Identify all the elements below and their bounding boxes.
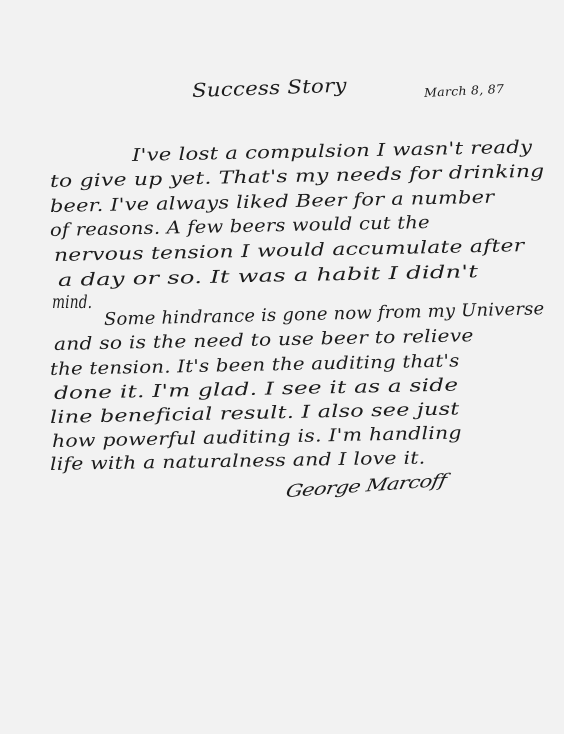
paragraph-2-line-6: how powerful auditing is. I'm handling	[52, 423, 462, 452]
signature: George Marcoff	[284, 471, 448, 502]
paragraph-2-line-3: the tension. It's been the auditing that…	[50, 351, 460, 380]
paragraph-2-line-1: Some hindrance is gone now from my Unive…	[104, 299, 545, 330]
paragraph-1-line-7: mind.	[52, 293, 92, 313]
paragraph-1-line-5: nervous tension I would accumulate after	[54, 236, 525, 266]
letter-date: March 8, 87	[424, 82, 505, 100]
paragraph-2-line-5: line beneficial result. I also see just	[50, 399, 460, 428]
paragraph-1-line-4: of reasons. A few beers would cut the	[50, 213, 430, 241]
paragraph-2-line-7: life with a naturalness and I love it.	[50, 448, 426, 475]
paragraph-2-line-2: and so is the need to use beer to reliev…	[54, 326, 474, 355]
paragraph-1-line-1: I've lost a compulsion I wasn't ready	[132, 138, 533, 166]
paragraph-1-line-6: a day or so. It was a habit I didn't	[58, 262, 479, 291]
handwritten-letter-page: Success Story March 8, 87 I've lost a co…	[0, 0, 564, 734]
letter-title: Success Story	[192, 75, 347, 102]
